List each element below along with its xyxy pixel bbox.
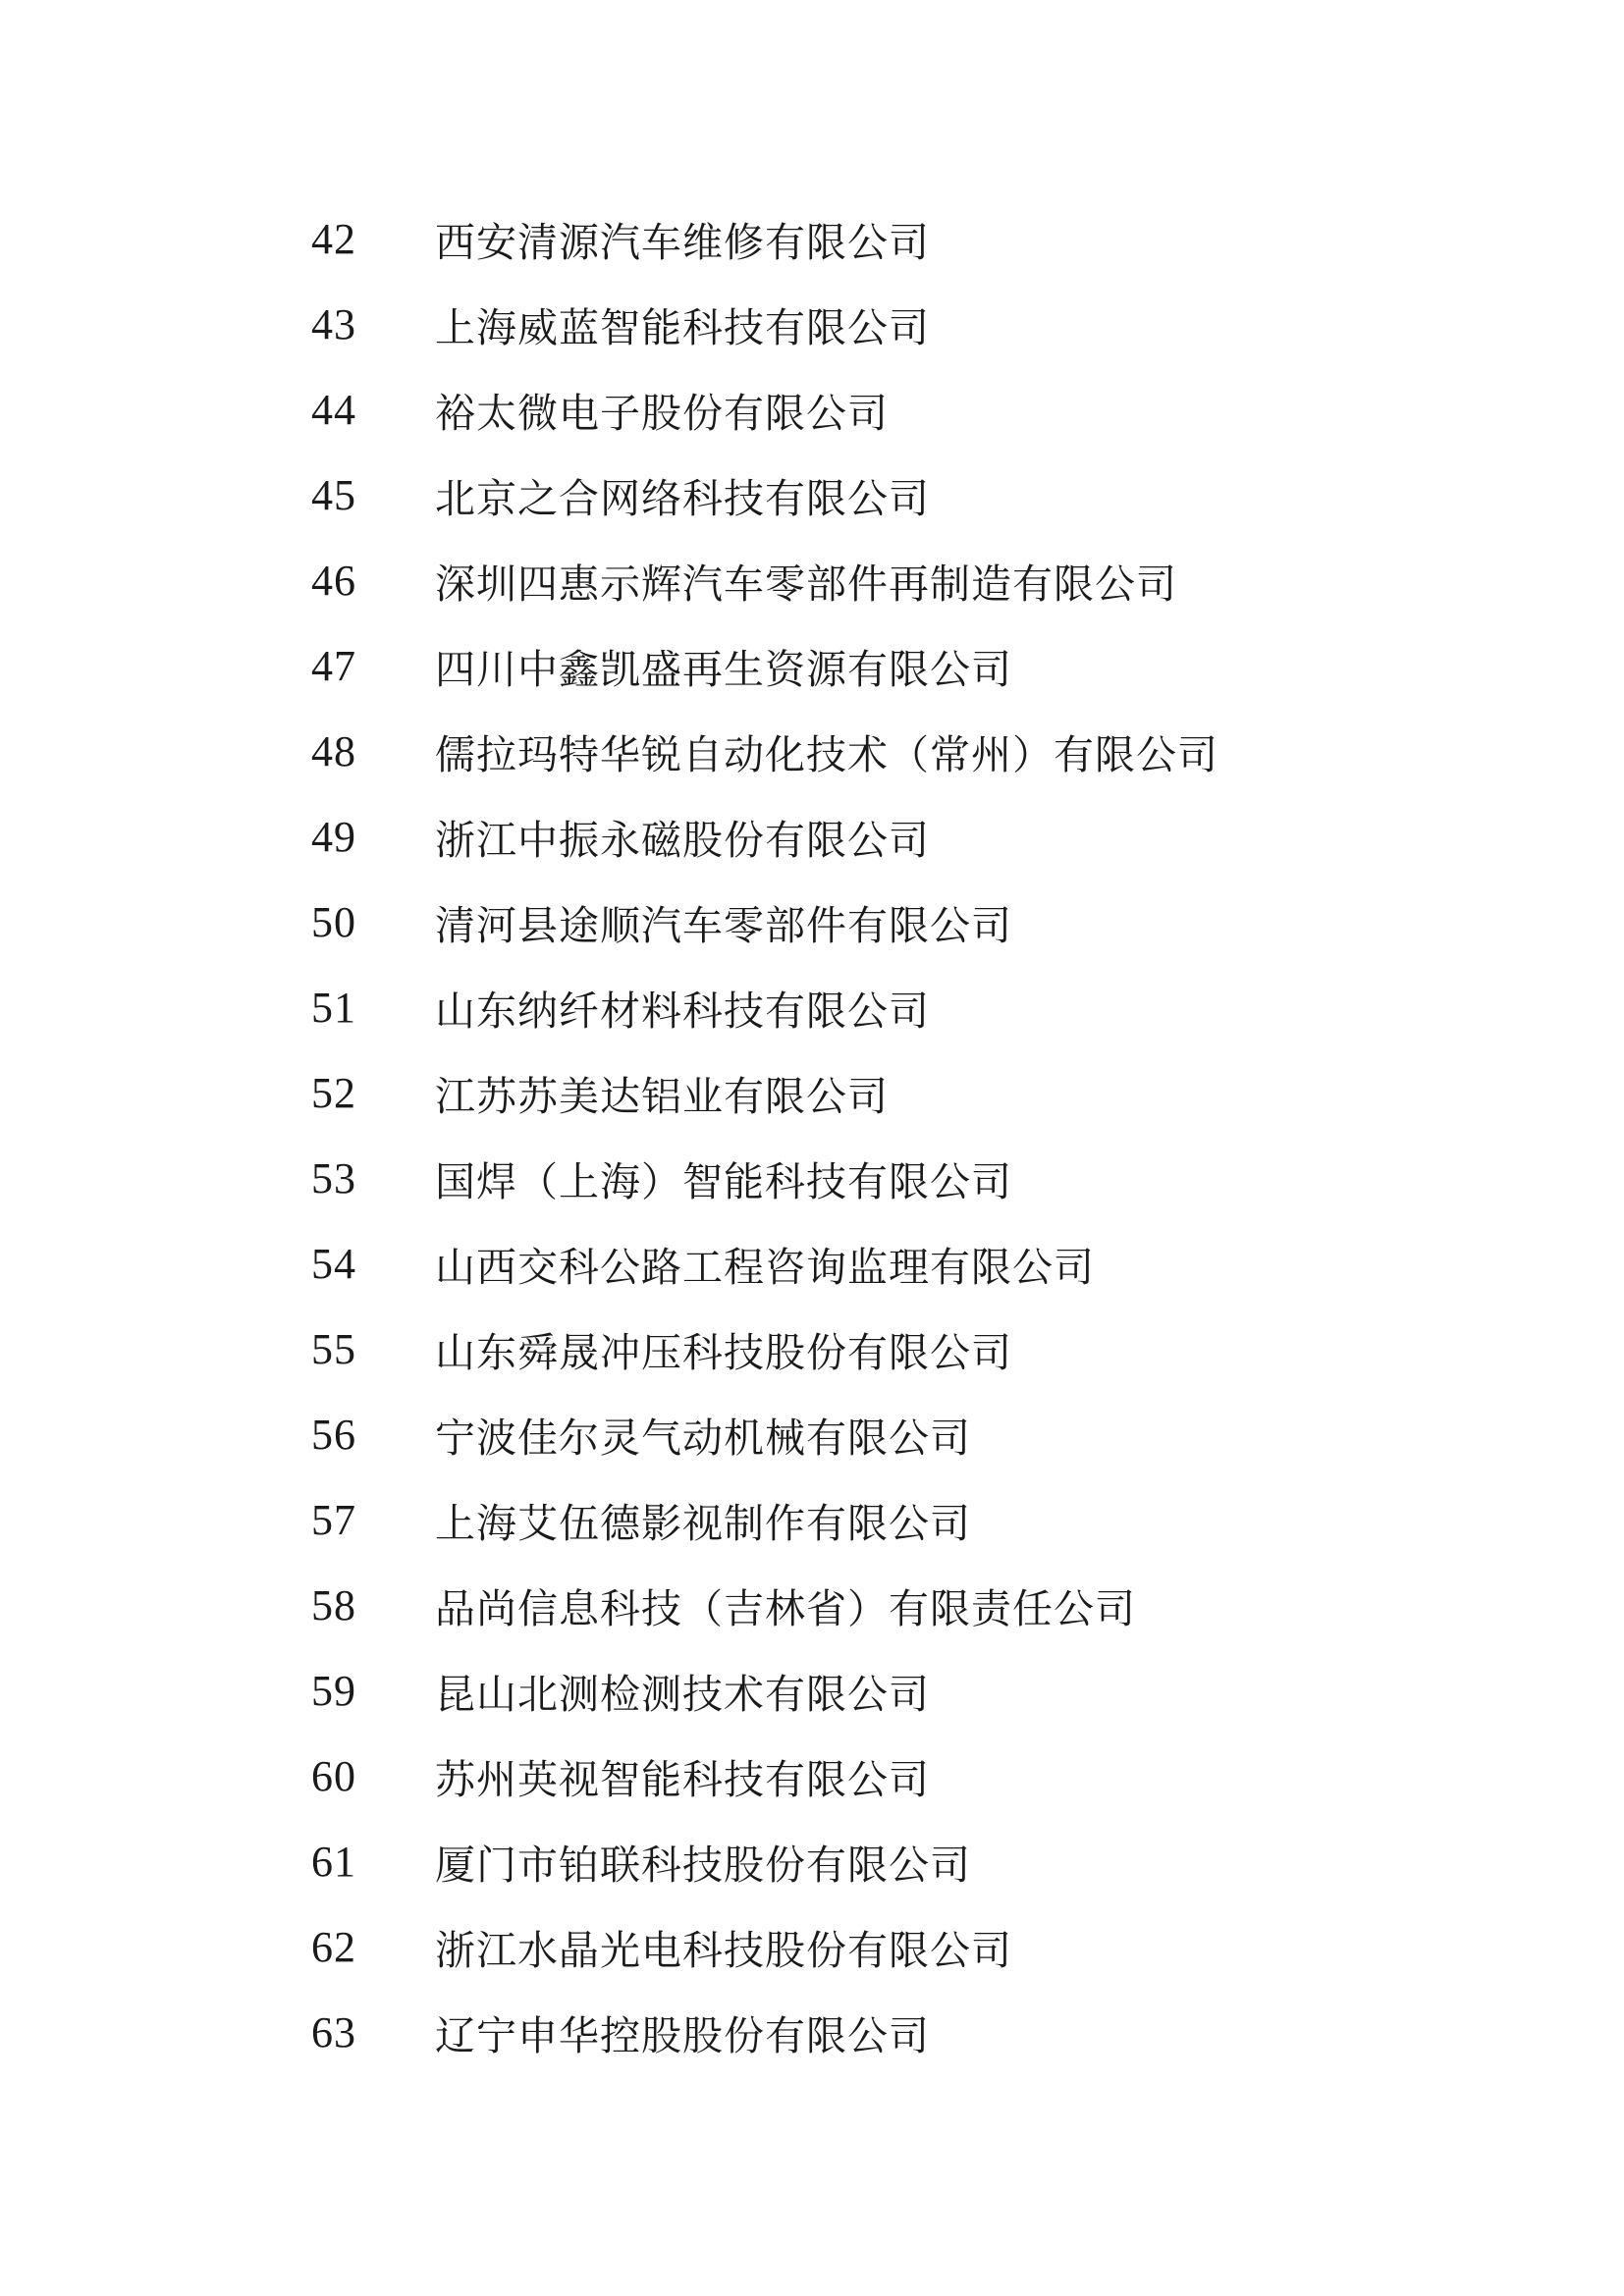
company-name: 山西交科公路工程咨询监理有限公司 bbox=[435, 1235, 1095, 1293]
company-name: 清河县途顺汽车零部件有限公司 bbox=[435, 893, 1012, 951]
item-number: 59 bbox=[311, 1666, 435, 1716]
item-number: 52 bbox=[311, 1068, 435, 1118]
item-number: 58 bbox=[311, 1580, 435, 1630]
list-item: 58 品尚信息科技（吉林省）有限责任公司 bbox=[311, 1563, 1218, 1648]
item-number: 53 bbox=[311, 1153, 435, 1203]
item-number: 51 bbox=[311, 983, 435, 1033]
item-number: 61 bbox=[311, 1837, 435, 1887]
company-name: 辽宁申华控股股份有限公司 bbox=[435, 2003, 930, 2061]
company-name: 山东纳纤材料科技有限公司 bbox=[435, 979, 930, 1037]
list-item: 57 上海艾伍德影视制作有限公司 bbox=[311, 1477, 1218, 1563]
list-item: 51 山东纳纤材料科技有限公司 bbox=[311, 965, 1218, 1050]
company-name: 裕太微电子股份有限公司 bbox=[435, 381, 889, 439]
item-number: 42 bbox=[311, 214, 435, 264]
company-name: 浙江中振永磁股份有限公司 bbox=[435, 808, 930, 866]
item-number: 49 bbox=[311, 812, 435, 862]
list-item: 62 浙江水晶光电科技股份有限公司 bbox=[311, 1904, 1218, 1990]
item-number: 44 bbox=[311, 385, 435, 435]
list-item: 45 北京之合网络科技有限公司 bbox=[311, 453, 1218, 538]
item-number: 56 bbox=[311, 1410, 435, 1460]
list-item: 42 西安清源汽车维修有限公司 bbox=[311, 196, 1218, 282]
list-item: 54 山西交科公路工程咨询监理有限公司 bbox=[311, 1221, 1218, 1307]
company-name: 深圳四惠示辉汽车零部件再制造有限公司 bbox=[435, 552, 1177, 610]
company-name: 四川中鑫凯盛再生资源有限公司 bbox=[435, 637, 1012, 695]
item-number: 45 bbox=[311, 470, 435, 520]
item-number: 54 bbox=[311, 1239, 435, 1289]
list-item: 46 深圳四惠示辉汽车零部件再制造有限公司 bbox=[311, 538, 1218, 623]
list-item: 50 清河县途顺汽车零部件有限公司 bbox=[311, 880, 1218, 965]
item-number: 55 bbox=[311, 1324, 435, 1374]
item-number: 46 bbox=[311, 556, 435, 606]
company-name: 昆山北测检测技术有限公司 bbox=[435, 1662, 930, 1720]
company-name: 北京之合网络科技有限公司 bbox=[435, 466, 930, 524]
list-item: 63 辽宁申华控股股份有限公司 bbox=[311, 1990, 1218, 2075]
item-number: 47 bbox=[311, 641, 435, 691]
company-name: 苏州英视智能科技有限公司 bbox=[435, 1747, 930, 1805]
company-name: 儒拉玛特华锐自动化技术（常州）有限公司 bbox=[435, 722, 1218, 780]
company-name: 山东舜晟冲压科技股份有限公司 bbox=[435, 1320, 1012, 1378]
company-name: 浙江水晶光电科技股份有限公司 bbox=[435, 1918, 1012, 1976]
company-name: 国焊（上海）智能科技有限公司 bbox=[435, 1149, 1012, 1207]
company-name: 西安清源汽车维修有限公司 bbox=[435, 210, 930, 268]
item-number: 63 bbox=[311, 2007, 435, 2057]
company-name: 上海艾伍德影视制作有限公司 bbox=[435, 1491, 971, 1549]
company-name: 江苏苏美达铝业有限公司 bbox=[435, 1064, 889, 1122]
item-number: 43 bbox=[311, 299, 435, 349]
company-name: 品尚信息科技（吉林省）有限责任公司 bbox=[435, 1576, 1136, 1634]
item-number: 48 bbox=[311, 726, 435, 776]
list-item: 59 昆山北测检测技术有限公司 bbox=[311, 1648, 1218, 1734]
list-item: 47 四川中鑫凯盛再生资源有限公司 bbox=[311, 623, 1218, 709]
item-number: 60 bbox=[311, 1751, 435, 1801]
company-name: 宁波佳尔灵气动机械有限公司 bbox=[435, 1406, 971, 1464]
list-item: 56 宁波佳尔灵气动机械有限公司 bbox=[311, 1392, 1218, 1477]
list-item: 60 苏州英视智能科技有限公司 bbox=[311, 1734, 1218, 1819]
list-item: 61 厦门市铂联科技股份有限公司 bbox=[311, 1819, 1218, 1904]
list-item: 52 江苏苏美达铝业有限公司 bbox=[311, 1050, 1218, 1136]
list-item: 55 山东舜晟冲压科技股份有限公司 bbox=[311, 1307, 1218, 1392]
list-item: 43 上海威蓝智能科技有限公司 bbox=[311, 282, 1218, 367]
list-item: 53 国焊（上海）智能科技有限公司 bbox=[311, 1136, 1218, 1221]
list-item: 48 儒拉玛特华锐自动化技术（常州）有限公司 bbox=[311, 709, 1218, 794]
item-number: 62 bbox=[311, 1922, 435, 1972]
item-number: 50 bbox=[311, 897, 435, 947]
item-number: 57 bbox=[311, 1495, 435, 1545]
list-item: 49 浙江中振永磁股份有限公司 bbox=[311, 794, 1218, 880]
company-name: 上海威蓝智能科技有限公司 bbox=[435, 295, 930, 353]
company-list: 42 西安清源汽车维修有限公司 43 上海威蓝智能科技有限公司 44 裕太微电子… bbox=[311, 196, 1218, 2075]
company-name: 厦门市铂联科技股份有限公司 bbox=[435, 1833, 971, 1891]
list-item: 44 裕太微电子股份有限公司 bbox=[311, 367, 1218, 453]
document-page: 42 西安清源汽车维修有限公司 43 上海威蓝智能科技有限公司 44 裕太微电子… bbox=[0, 0, 1624, 2296]
